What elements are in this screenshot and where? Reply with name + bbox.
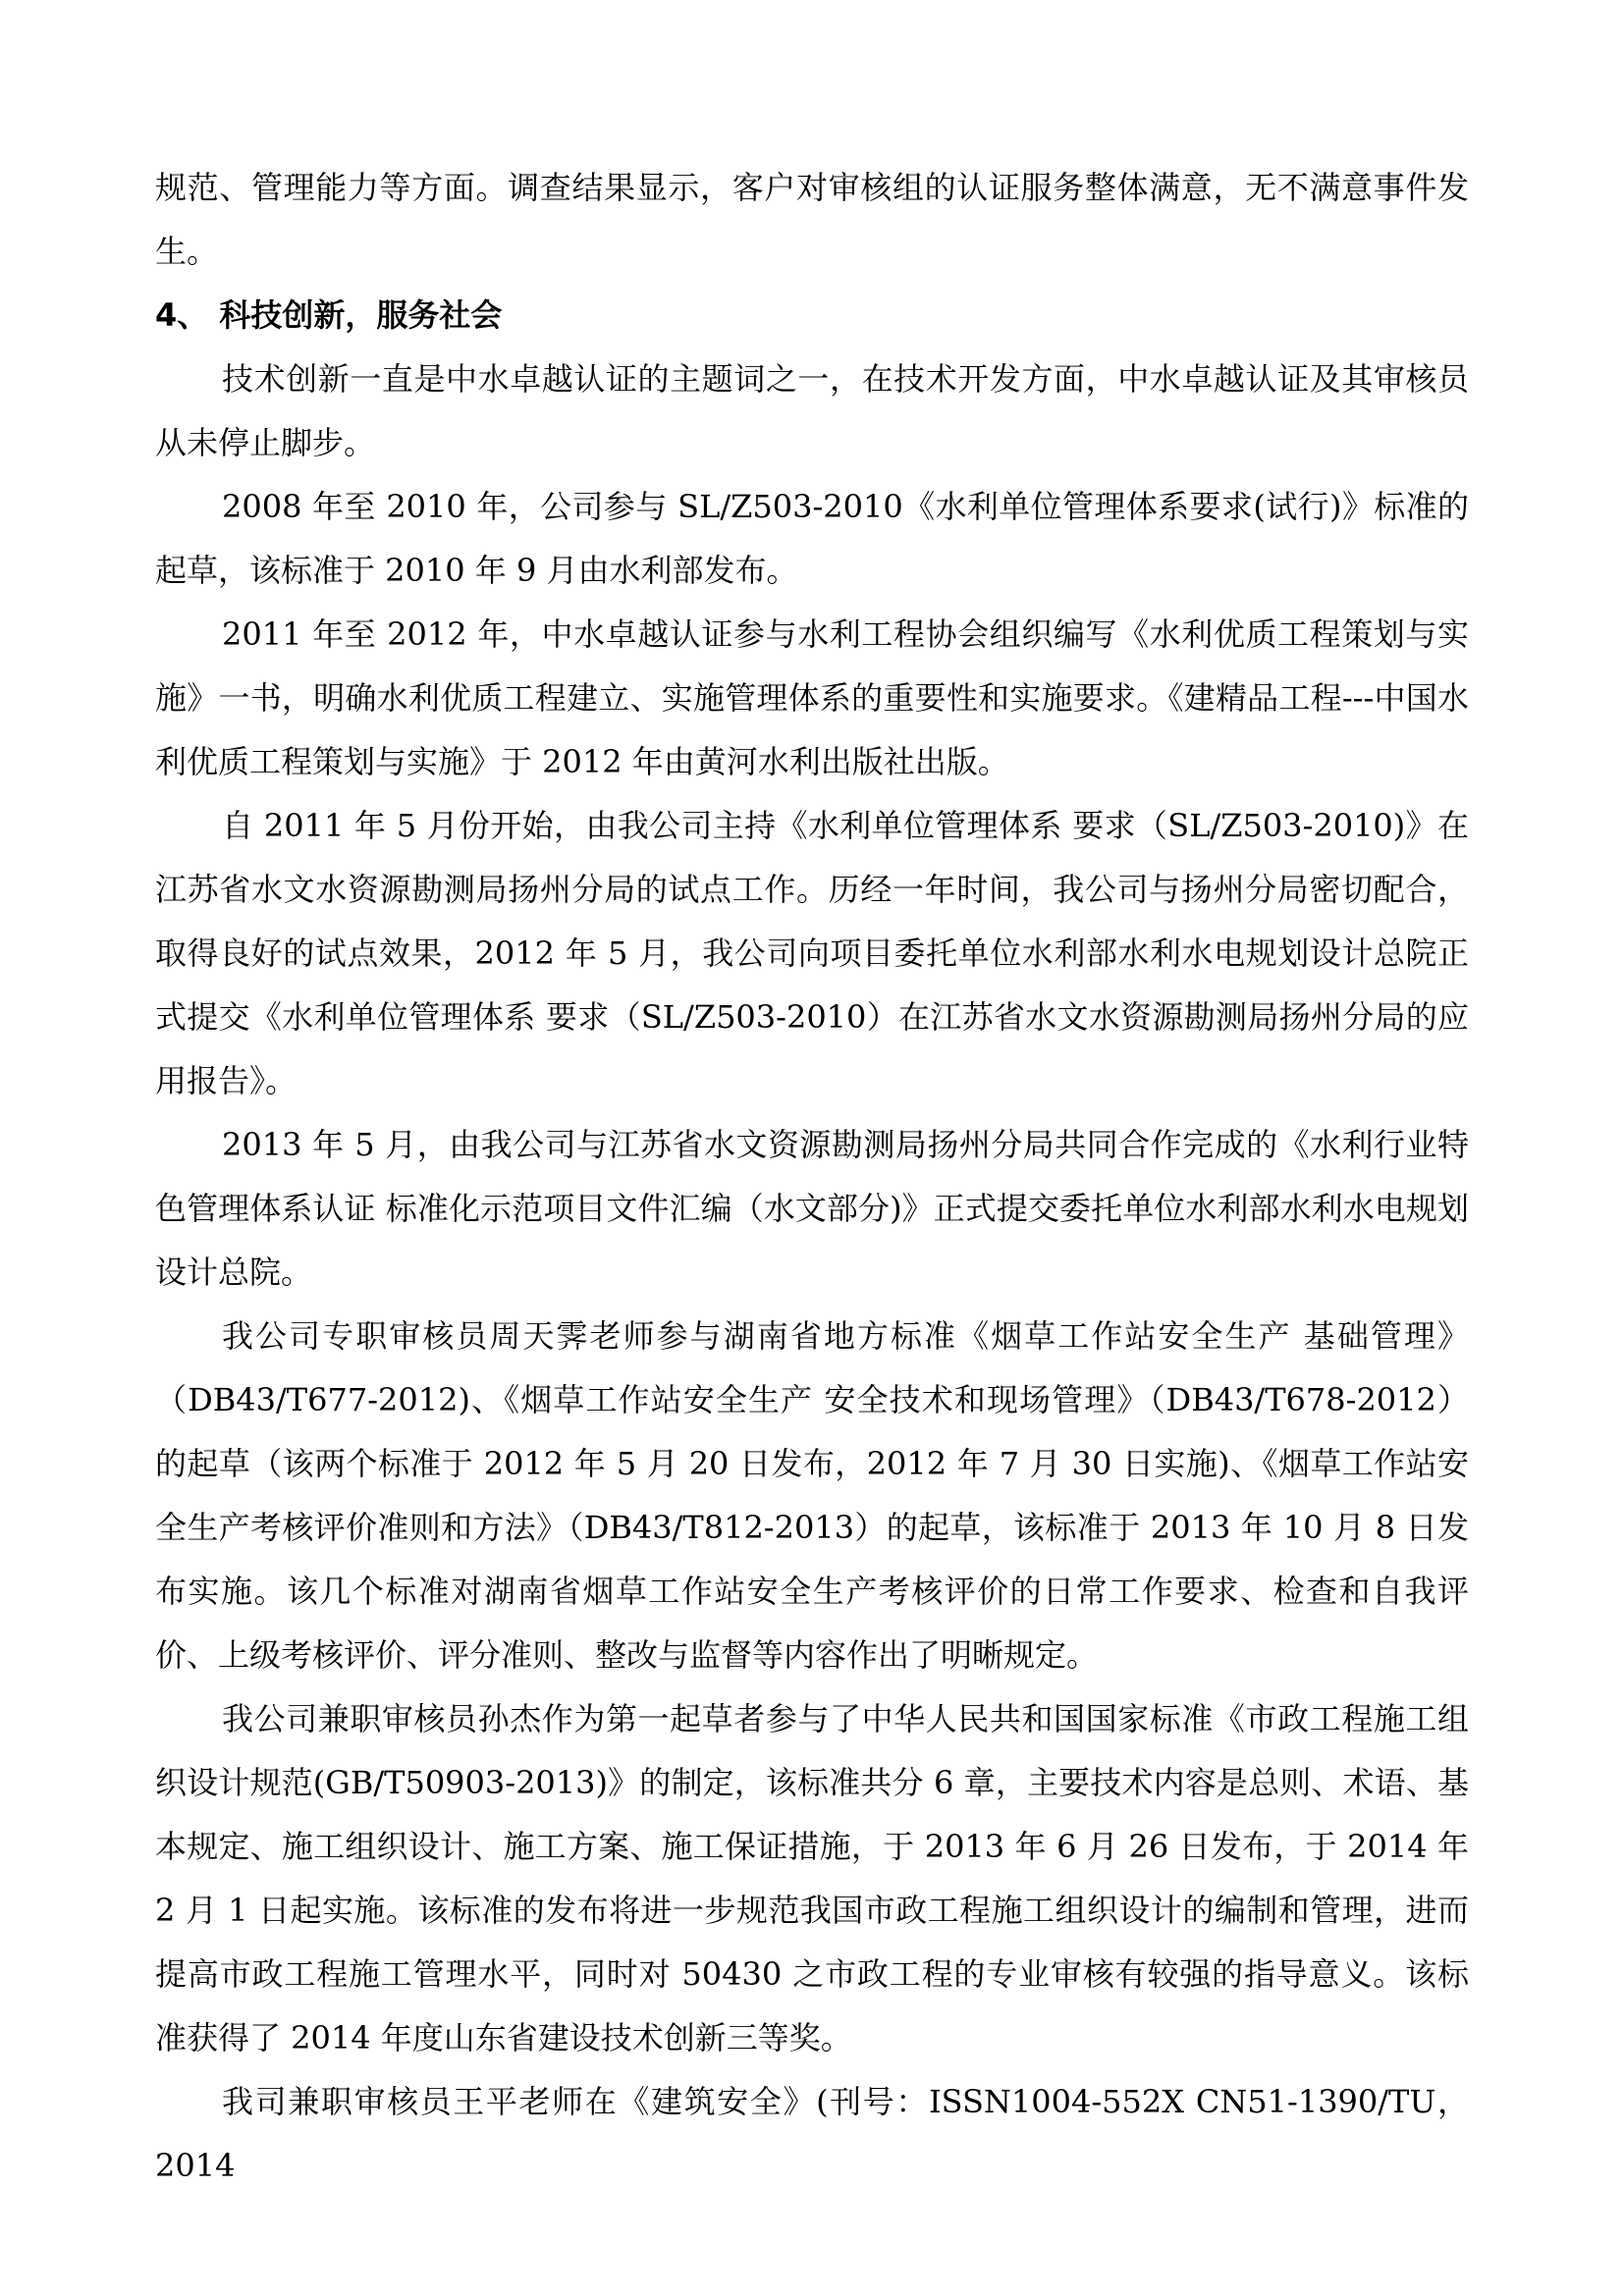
paragraph-hunan-tobacco-standards: 我公司专职审核员周天霁老师参与湖南省地方标准《烟草工作站安全生产 基础管理》（D… [155, 1305, 1469, 1687]
paragraph-wang-ping: 我司兼职审核员王平老师在《建筑安全》(刊号：ISSN1004-552X CN51… [155, 2070, 1469, 2198]
document-page: 规范、管理能力等方面。调查结果显示，客户对审核组的认证服务整体满意，无不满意事件… [155, 156, 1469, 2198]
paragraph-tech-innovation: 技术创新一直是中水卓越认证的主题词之一，在技术开发方面，中水卓越认证及其审核员从… [155, 347, 1469, 475]
section-heading: 4、 科技创新，服务社会 [155, 284, 1469, 347]
continuation-paragraph: 规范、管理能力等方面。调查结果显示，客户对审核组的认证服务整体满意，无不满意事件… [155, 156, 1469, 284]
paragraph-municipal-standard: 我公司兼职审核员孙杰作为第一起草者参与了中华人民共和国国家标准《市政工程施工组织… [155, 1687, 1469, 2070]
paragraph-2011-book: 2011 年至 2012 年，中水卓越认证参与水利工程协会组织编写《水利优质工程… [155, 603, 1469, 794]
paragraph-2013-compilation: 2013 年 5 月，由我公司与江苏省水文资源勘测局扬州分局共同合作完成的《水利… [155, 1113, 1469, 1305]
paragraph-2008-standard: 2008 年至 2010 年，公司参与 SL/Z503-2010《水利单位管理体… [155, 475, 1469, 603]
paragraph-yangzhou-pilot: 自 2011 年 5 月份开始，由我公司主持《水利单位管理体系 要求（SL/Z5… [155, 794, 1469, 1113]
